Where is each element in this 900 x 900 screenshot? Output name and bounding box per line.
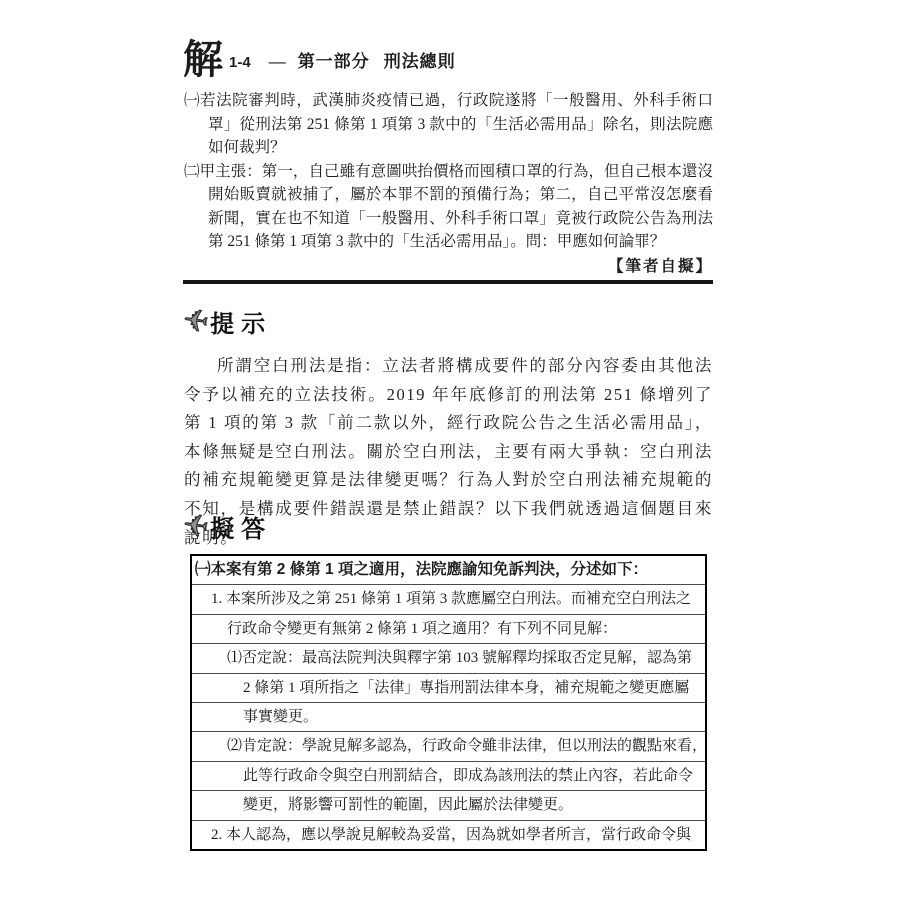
answer-row: 1. 本案所涉及之第 251 條第 1 項第 3 款應屬空白刑法。而補充空白刑法… — [192, 584, 705, 613]
problem-block: ㈠若法院審判時，武漢肺炎疫情已過，行政院遂將「一般醫用、外科手術口罩」從刑法第 … — [184, 89, 713, 278]
jet-icon: ✈ — [181, 305, 210, 338]
author-attribution: 【筆者自擬】 — [184, 255, 713, 279]
problem-item-2: ㈡甲主張：第一，自己雖有意圖哄抬價格而囤積口罩的行為，但自己根本還沒開始販賣就被… — [184, 160, 713, 254]
subject-title: 刑法總則 — [384, 52, 456, 71]
answer-row: 變更，將影響可罰性的範圍，因此屬於法律變更。 — [192, 790, 705, 819]
answer-row: 行政命令變更有無第 2 條第 1 項之適用？有下列不同見解： — [192, 614, 705, 643]
answer-table: ㈠本案有第 2 條第 1 項之適用，法院應諭知免訴判決，分述如下： 1. 本案所… — [190, 554, 707, 851]
answer-row: 2. 本人認為，應以學說見解較為妥當，因為就如學者所言，當行政命令與 — [192, 820, 705, 849]
answer-heading: ✈ 擬答 — [183, 509, 272, 544]
answer-row: ⑴否定說：最高法院判決與釋字第 103 號解釋均採取否定見解，認為第 — [192, 643, 705, 672]
part-title: 第一部分 — [298, 52, 370, 71]
item-marker: ㈠ — [184, 92, 200, 109]
hint-heading: ✈ 提示 — [183, 304, 272, 339]
header-separator: — — [269, 52, 286, 71]
textbook-page: 解1-4—第一部分刑法總則 ㈠若法院審判時，武漢肺炎疫情已過，行政院遂將「一般醫… — [0, 0, 900, 900]
answer-row: 此等行政命令與空白刑罰結合，即成為該刑法的禁止內容，若此命令 — [192, 761, 705, 790]
solution-mark: 解 — [183, 37, 223, 82]
section-divider — [183, 280, 713, 284]
answer-row: 2 條第 1 項所指之「法律」專指刑罰法律本身，補充規範之變更應屬 — [192, 673, 705, 702]
problem-text: 若法院審判時，武漢肺炎疫情已過，行政院遂將「一般醫用、外科手術口罩」從刑法第 2… — [200, 92, 713, 156]
answer-row: 事實變更。 — [192, 702, 705, 731]
problem-item-1: ㈠若法院審判時，武漢肺炎疫情已過，行政院遂將「一般醫用、外科手術口罩」從刑法第 … — [184, 89, 713, 160]
jet-icon: ✈ — [181, 510, 210, 543]
page-number: 1-4 — [229, 54, 251, 71]
hint-label: 提示 — [210, 304, 272, 339]
answer-row: ⑵肯定說：學說見解多認為，行政命令雖非法律，但以刑法的觀點來看， — [192, 731, 705, 760]
answer-label: 擬答 — [210, 509, 272, 544]
item-marker: ㈡ — [184, 163, 200, 180]
running-head: 解1-4—第一部分刑法總則 — [183, 28, 713, 85]
answer-row-heading: ㈠本案有第 2 條第 1 項之適用，法院應諭知免訴判決，分述如下： — [192, 556, 705, 584]
problem-text: 甲主張：第一，自己雖有意圖哄抬價格而囤積口罩的行為，但自己根本還沒開始販賣就被捕… — [200, 163, 713, 251]
